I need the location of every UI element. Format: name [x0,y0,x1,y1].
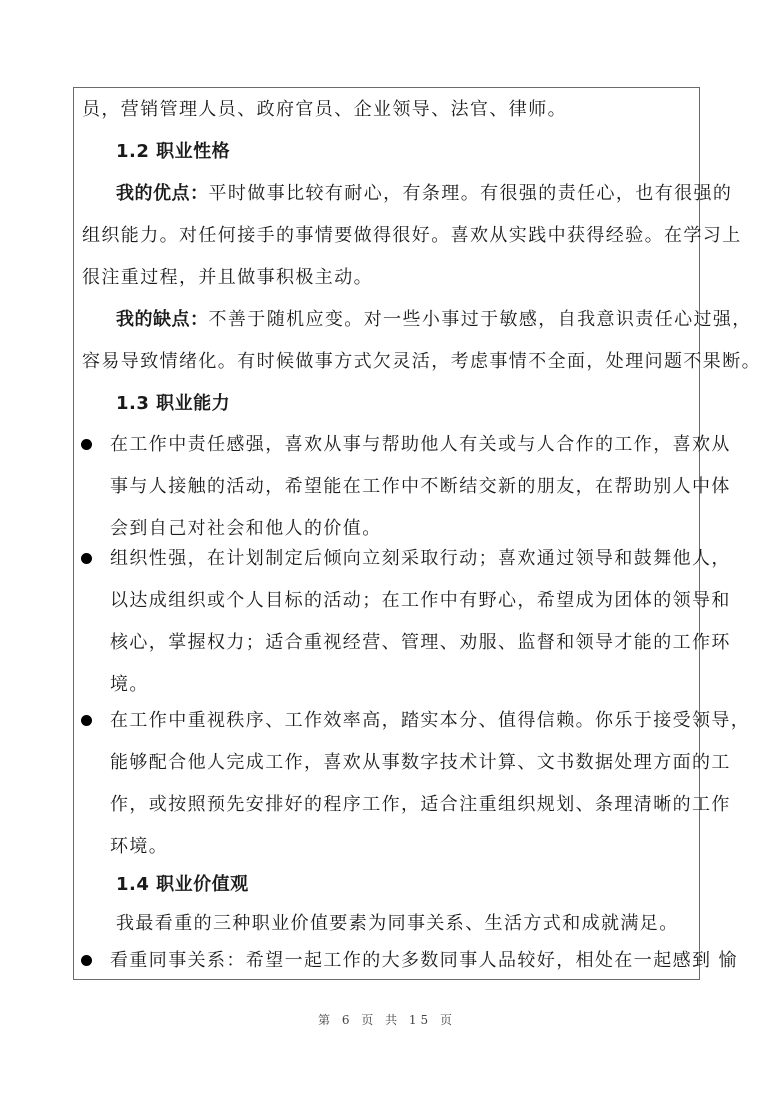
paragraph-line: 很注重过程，并且做事积极主动。 [82,268,373,288]
bullet-item-line: 在工作中重视秩序、工作效率高，踏实本分、值得信赖。你乐于接受领导， [110,711,750,731]
page-footer: 第 6 页 共 15 页 [0,1011,774,1028]
bullet-icon [81,715,92,726]
bullet-item-line: 环境。 [110,837,168,857]
paragraph-line: 容易导致情绪化。有时候做事方式欠灵活，考虑事情不全面，处理问题不果断。 [82,352,761,372]
bullet-item-line: 在工作中责任感强，喜欢从事与帮助他人有关或与人合作的工作，喜欢从 [110,435,731,455]
bullet-item-line: 以达成组织或个人目标的活动；在工作中有野心，希望成为团体的领导和 [110,591,731,611]
weaknesses-text: 不善于随机应变。对一些小事过于敏感，自我意识责任心过强， [209,309,752,330]
paragraph-line: 我最看重的三种职业价值要素为同事关系、生活方式和成就满足。 [116,914,679,934]
section-heading-1-2: 1.2 职业性格 [116,142,230,162]
bullet-item-line: 事与人接触的活动，希望能在工作中不断结交新的朋友，在帮助别人中体 [110,477,731,497]
bullet-icon [81,553,92,564]
bullet-item-line: 境。 [110,675,149,695]
section-heading-1-3: 1.3 职业能力 [116,394,230,414]
strengths-label: 我的优点： [116,183,209,204]
bullet-item-line: 作，或按照预先安排好的程序工作，适合注重组织规划、条理清晰的工作 [110,795,731,815]
bullet-item-line: 会到自己对社会和他人的价值。 [110,519,382,539]
bullet-item-line: 看重同事关系：希望一起工作的大多数同事人品较好，相处在一起感到 愉 [110,951,738,971]
bullet-icon [81,439,92,450]
strengths-text: 平时做事比较有耐心，有条理。有很强的责任心，也有很强的 [209,183,733,204]
paragraph-strengths: 我的优点：平时做事比较有耐心，有条理。有很强的责任心，也有很强的 [116,184,732,204]
bullet-icon [81,955,92,966]
paragraph-line: 员，营销管理人员、政府官员、企业领导、法官、律师。 [82,100,567,120]
bullet-item-line: 组织性强，在计划制定后倾向立刻采取行动；喜欢通过领导和鼓舞他人， [110,549,731,569]
paragraph-weaknesses: 我的缺点：不善于随机应变。对一些小事过于敏感，自我意识责任心过强， [116,310,752,330]
bullet-item-line: 核心，掌握权力；适合重视经营、管理、劝服、监督和领导才能的工作环 [110,633,731,653]
paragraph-line: 组织能力。对任何接手的事情要做得很好。喜欢从实践中获得经验。在学习上 [82,226,742,246]
bullet-item-line: 能够配合他人完成工作，喜欢从事数字技术计算、文书数据处理方面的工 [110,753,731,773]
section-heading-1-4: 1.4 职业价值观 [116,875,249,895]
weaknesses-label: 我的缺点： [116,309,209,330]
